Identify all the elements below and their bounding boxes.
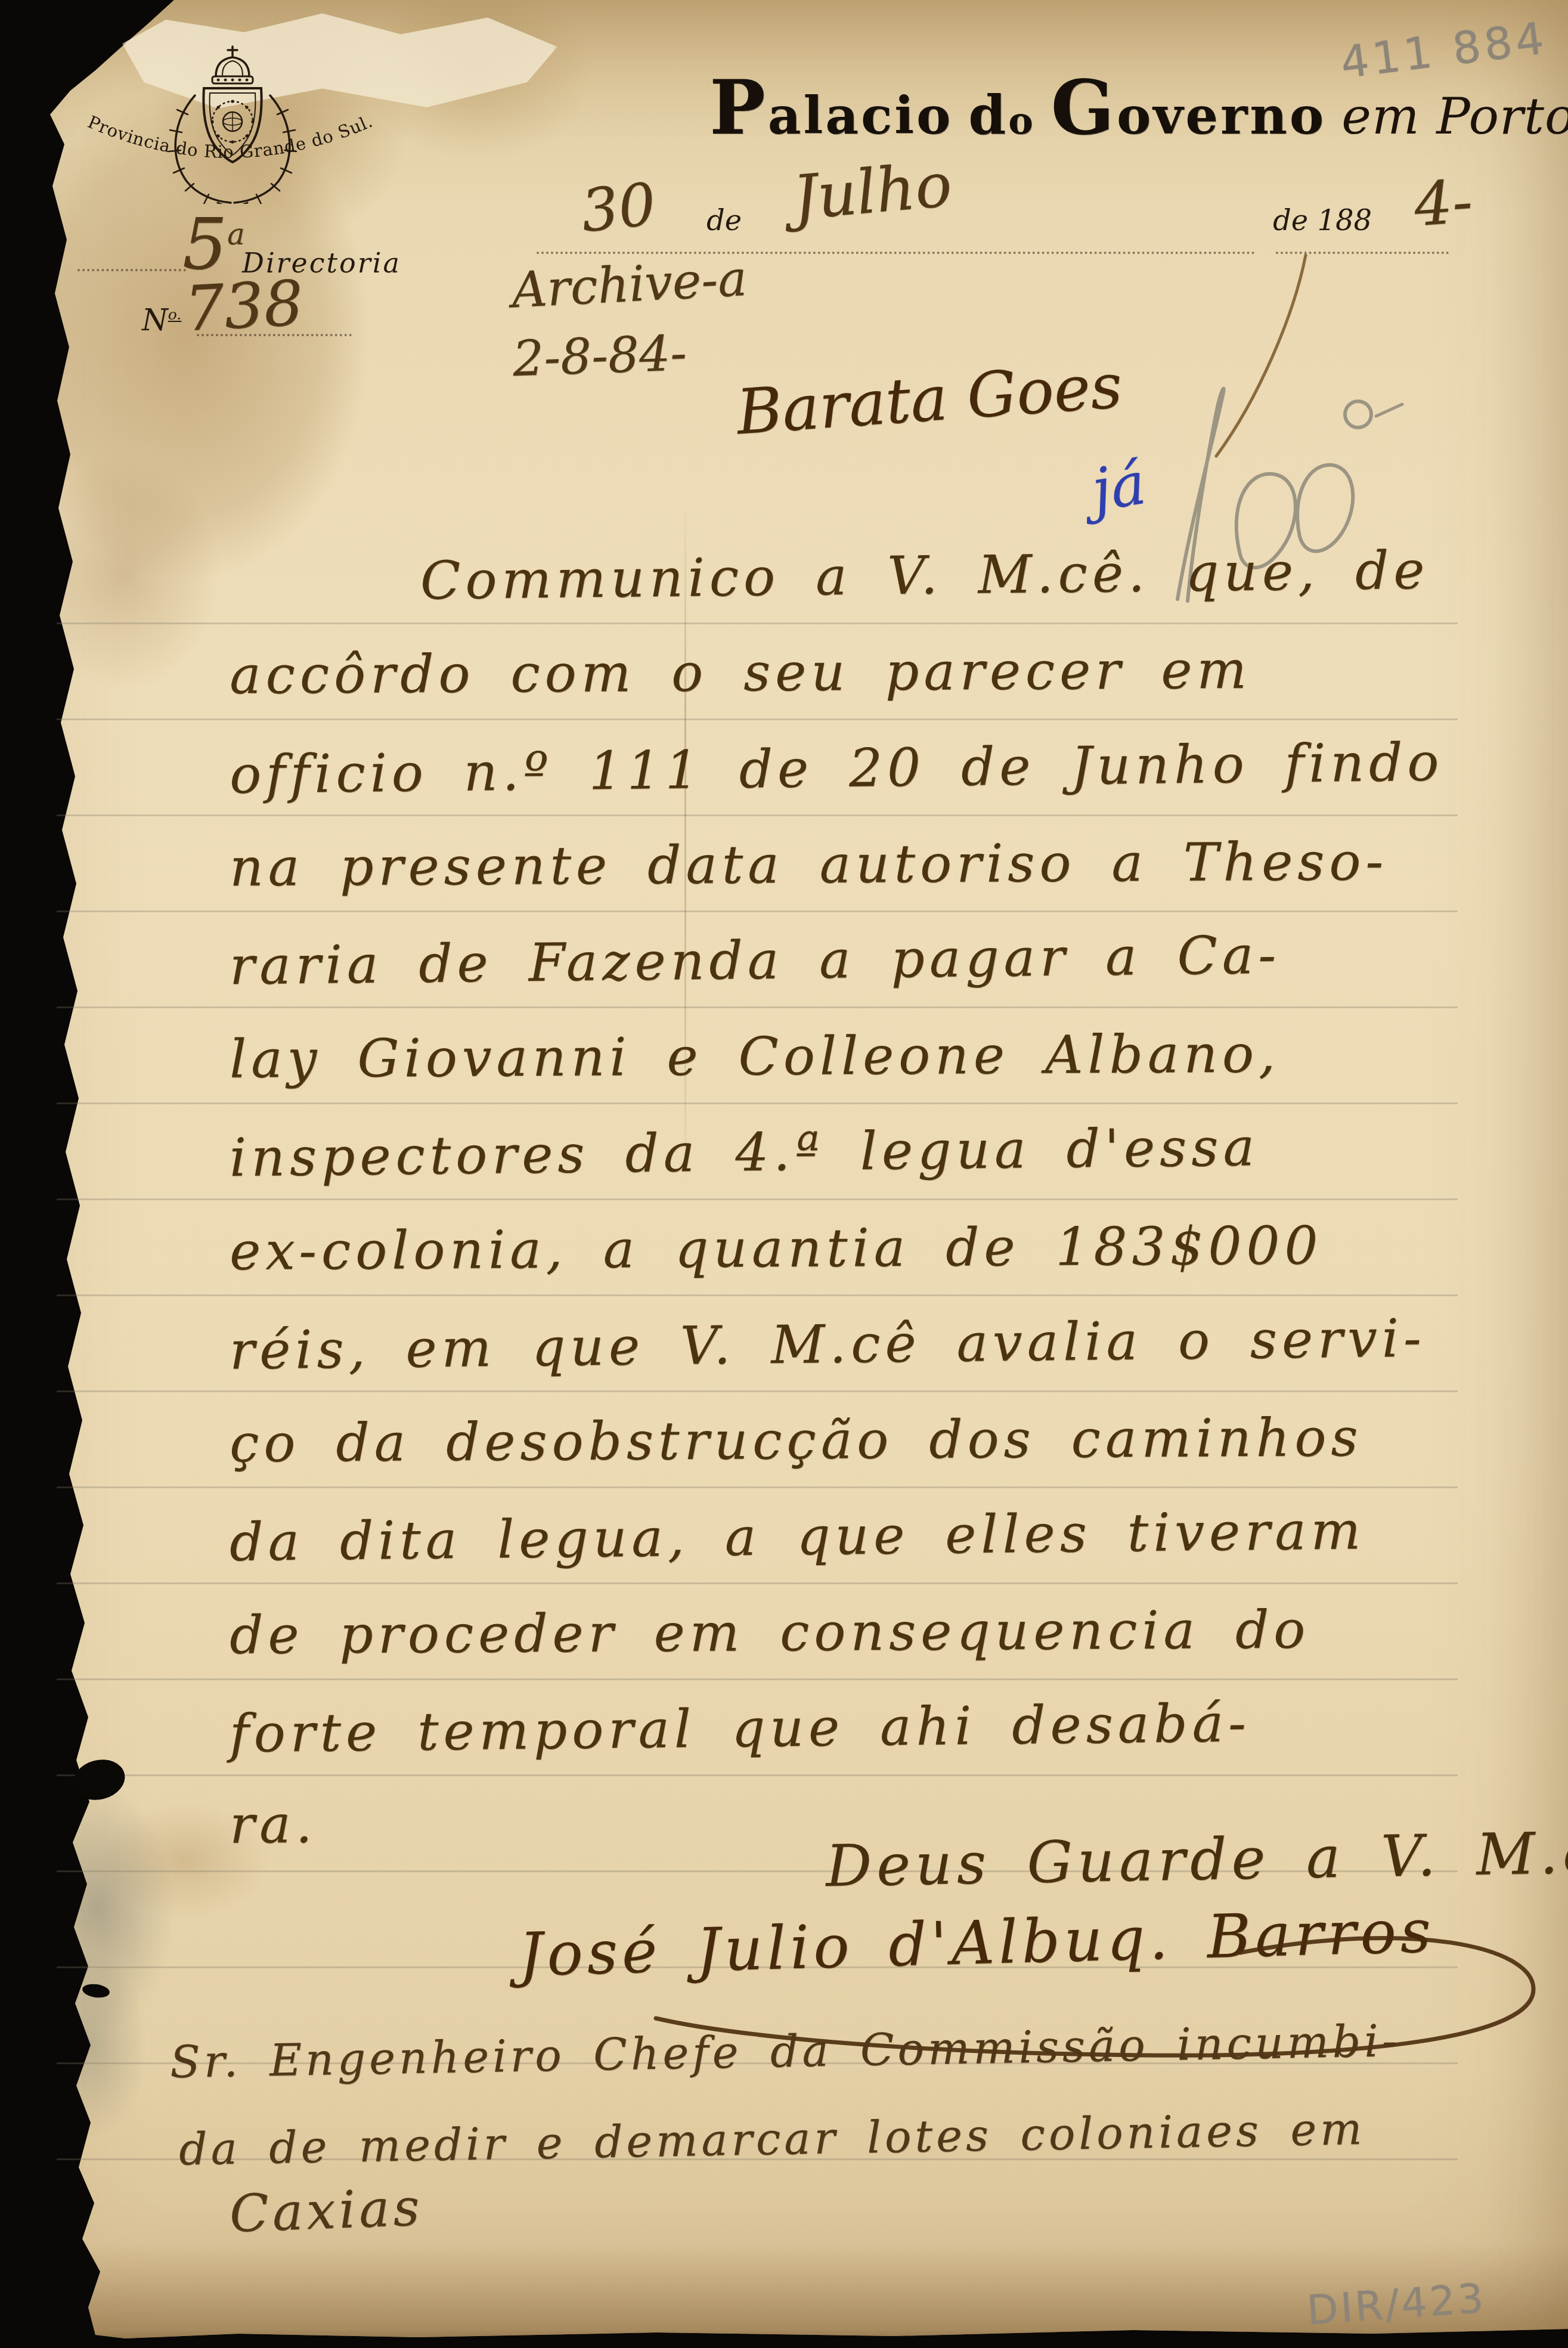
body-line: officio n.º 111 de 20 de Junho findo [230,731,1444,805]
body-line: Communico a V. M.cê. que, de [230,539,1430,613]
body-line: da dita legua, a que elles tiveram [230,1500,1366,1573]
letterhead-word-do: do [968,84,1035,147]
letterhead-word-governo: Governo [1051,64,1327,151]
body-line: ra. [230,1793,317,1856]
addressee-line3: Caxias [228,2177,424,2244]
date-day: 30 [578,171,659,246]
number-label: No. [142,303,181,337]
date-month: Julho [790,150,955,234]
letterhead-location: em Porto Alegre. [1341,87,1568,145]
body-line: ex-colonia, a quantia de 183$000 [230,1215,1323,1282]
date-separator: de [706,204,742,237]
body-line: lay Giovanni e Colleone Albano, [230,1023,1280,1089]
letterhead-word-palacio: Palacio [709,64,953,151]
date-dotted-line [537,252,1255,254]
body-line: accôrdo com o seu parecer em [230,639,1251,706]
body-line: na presente data autoriso a Theso- [230,831,1389,898]
body-line: inspectores da 4.ª legua d'essa [230,1116,1260,1188]
letter-body: Communico a V. M.cê. que, deaccôrdo com … [230,546,1482,1977]
scanned-document: Provincia do Rio Grande do Sul. Palacio … [0,0,1568,2348]
letterhead-title: Palacio do Governo em Porto Alegre. [709,64,1568,151]
archive-note-line2: 2-8-84- [512,325,687,388]
body-line: ço da desobstrucção dos caminhos [230,1407,1363,1474]
date-year-written: 4- [1412,166,1474,240]
body-line: de proceder em consequencia do [230,1599,1310,1665]
directorate-dotted-line [78,269,186,271]
body-line: raria de Fazenda a pagar a Ca- [230,924,1281,996]
imperial-coat-of-arms-icon: Provincia do Rio Grande do Sul. [69,43,393,204]
body-line: forte temporal que ahi desabá- [230,1692,1251,1764]
closing-salutation: Deus Guarde a V. M.cê [825,1819,1568,1900]
body-line: réis, em que V. M.cê avalia o servi- [230,1307,1427,1381]
date-year-printed: de 188 [1273,204,1372,237]
number-value: 738 [183,267,305,345]
